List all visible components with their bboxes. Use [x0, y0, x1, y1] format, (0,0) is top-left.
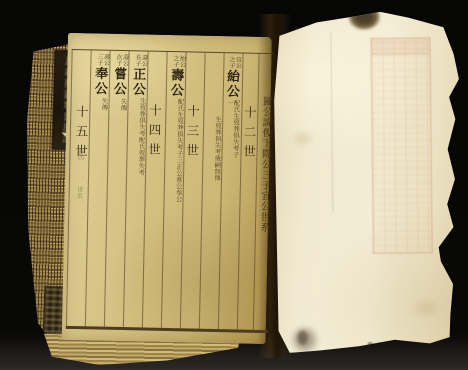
margin-note: 卷四: [71, 148, 85, 161]
paper-crease: [330, 32, 333, 212]
generation-12-header: 十二世: [239, 103, 258, 165]
generation-14-header: 十四世: [144, 102, 163, 164]
entry-detail: 配氏生歿葬俱失考子三正公嘗公奉公: [165, 98, 183, 210]
generation-13-header: 十三世: [182, 102, 201, 164]
show-through-header-band: [371, 38, 429, 55]
margin-note: 世系: [71, 186, 85, 199]
ancestor-name: 奉公: [91, 65, 110, 97]
foxing-spot: [289, 129, 315, 149]
bottom-smudge-core: [298, 331, 308, 345]
show-through-imprint: [370, 37, 432, 254]
right-blank-page: [268, 7, 468, 359]
top-edge-stain: [348, 4, 380, 30]
printed-frame: 羅公諱俊下際公三子宜公世系 十二世 宜公之子 紿公 配氏生歿葬俱失考子一 生歿葬…: [66, 49, 274, 333]
entry-note: 失傳: [91, 97, 107, 115]
ancestor-name: 正公: [129, 66, 148, 98]
left-page: 羅公諱俊下際公三子宜公世系 十二世 宜公之子 紿公 配氏生歿葬俱失考子一 生歿葬…: [62, 33, 272, 344]
ancestor-name: 壽公: [167, 67, 186, 99]
entry-detail-continued: 生歿葬俱失考後嗣無傳: [202, 116, 221, 261]
ink-speck: [368, 342, 373, 346]
photo-of-open-genealogy-book: 萬載羅錦塘氏族譜 羅公諱俊下際公三子宜公世系 十二世 宜公之子 紿公 配氏生歿葬…: [0, 0, 468, 370]
ancestor-name: 嘗公: [110, 66, 129, 98]
ancestor-name: 紿公: [223, 68, 242, 100]
edge-speck: [451, 209, 456, 215]
entry-detail: 生歿葬俱失考配氏歿葬失考: [128, 97, 146, 187]
entry-detail: 配氏生歿葬俱失考子一: [222, 99, 239, 161]
entry-note: 失傳: [110, 98, 126, 116]
foxing-spot: [411, 297, 441, 319]
